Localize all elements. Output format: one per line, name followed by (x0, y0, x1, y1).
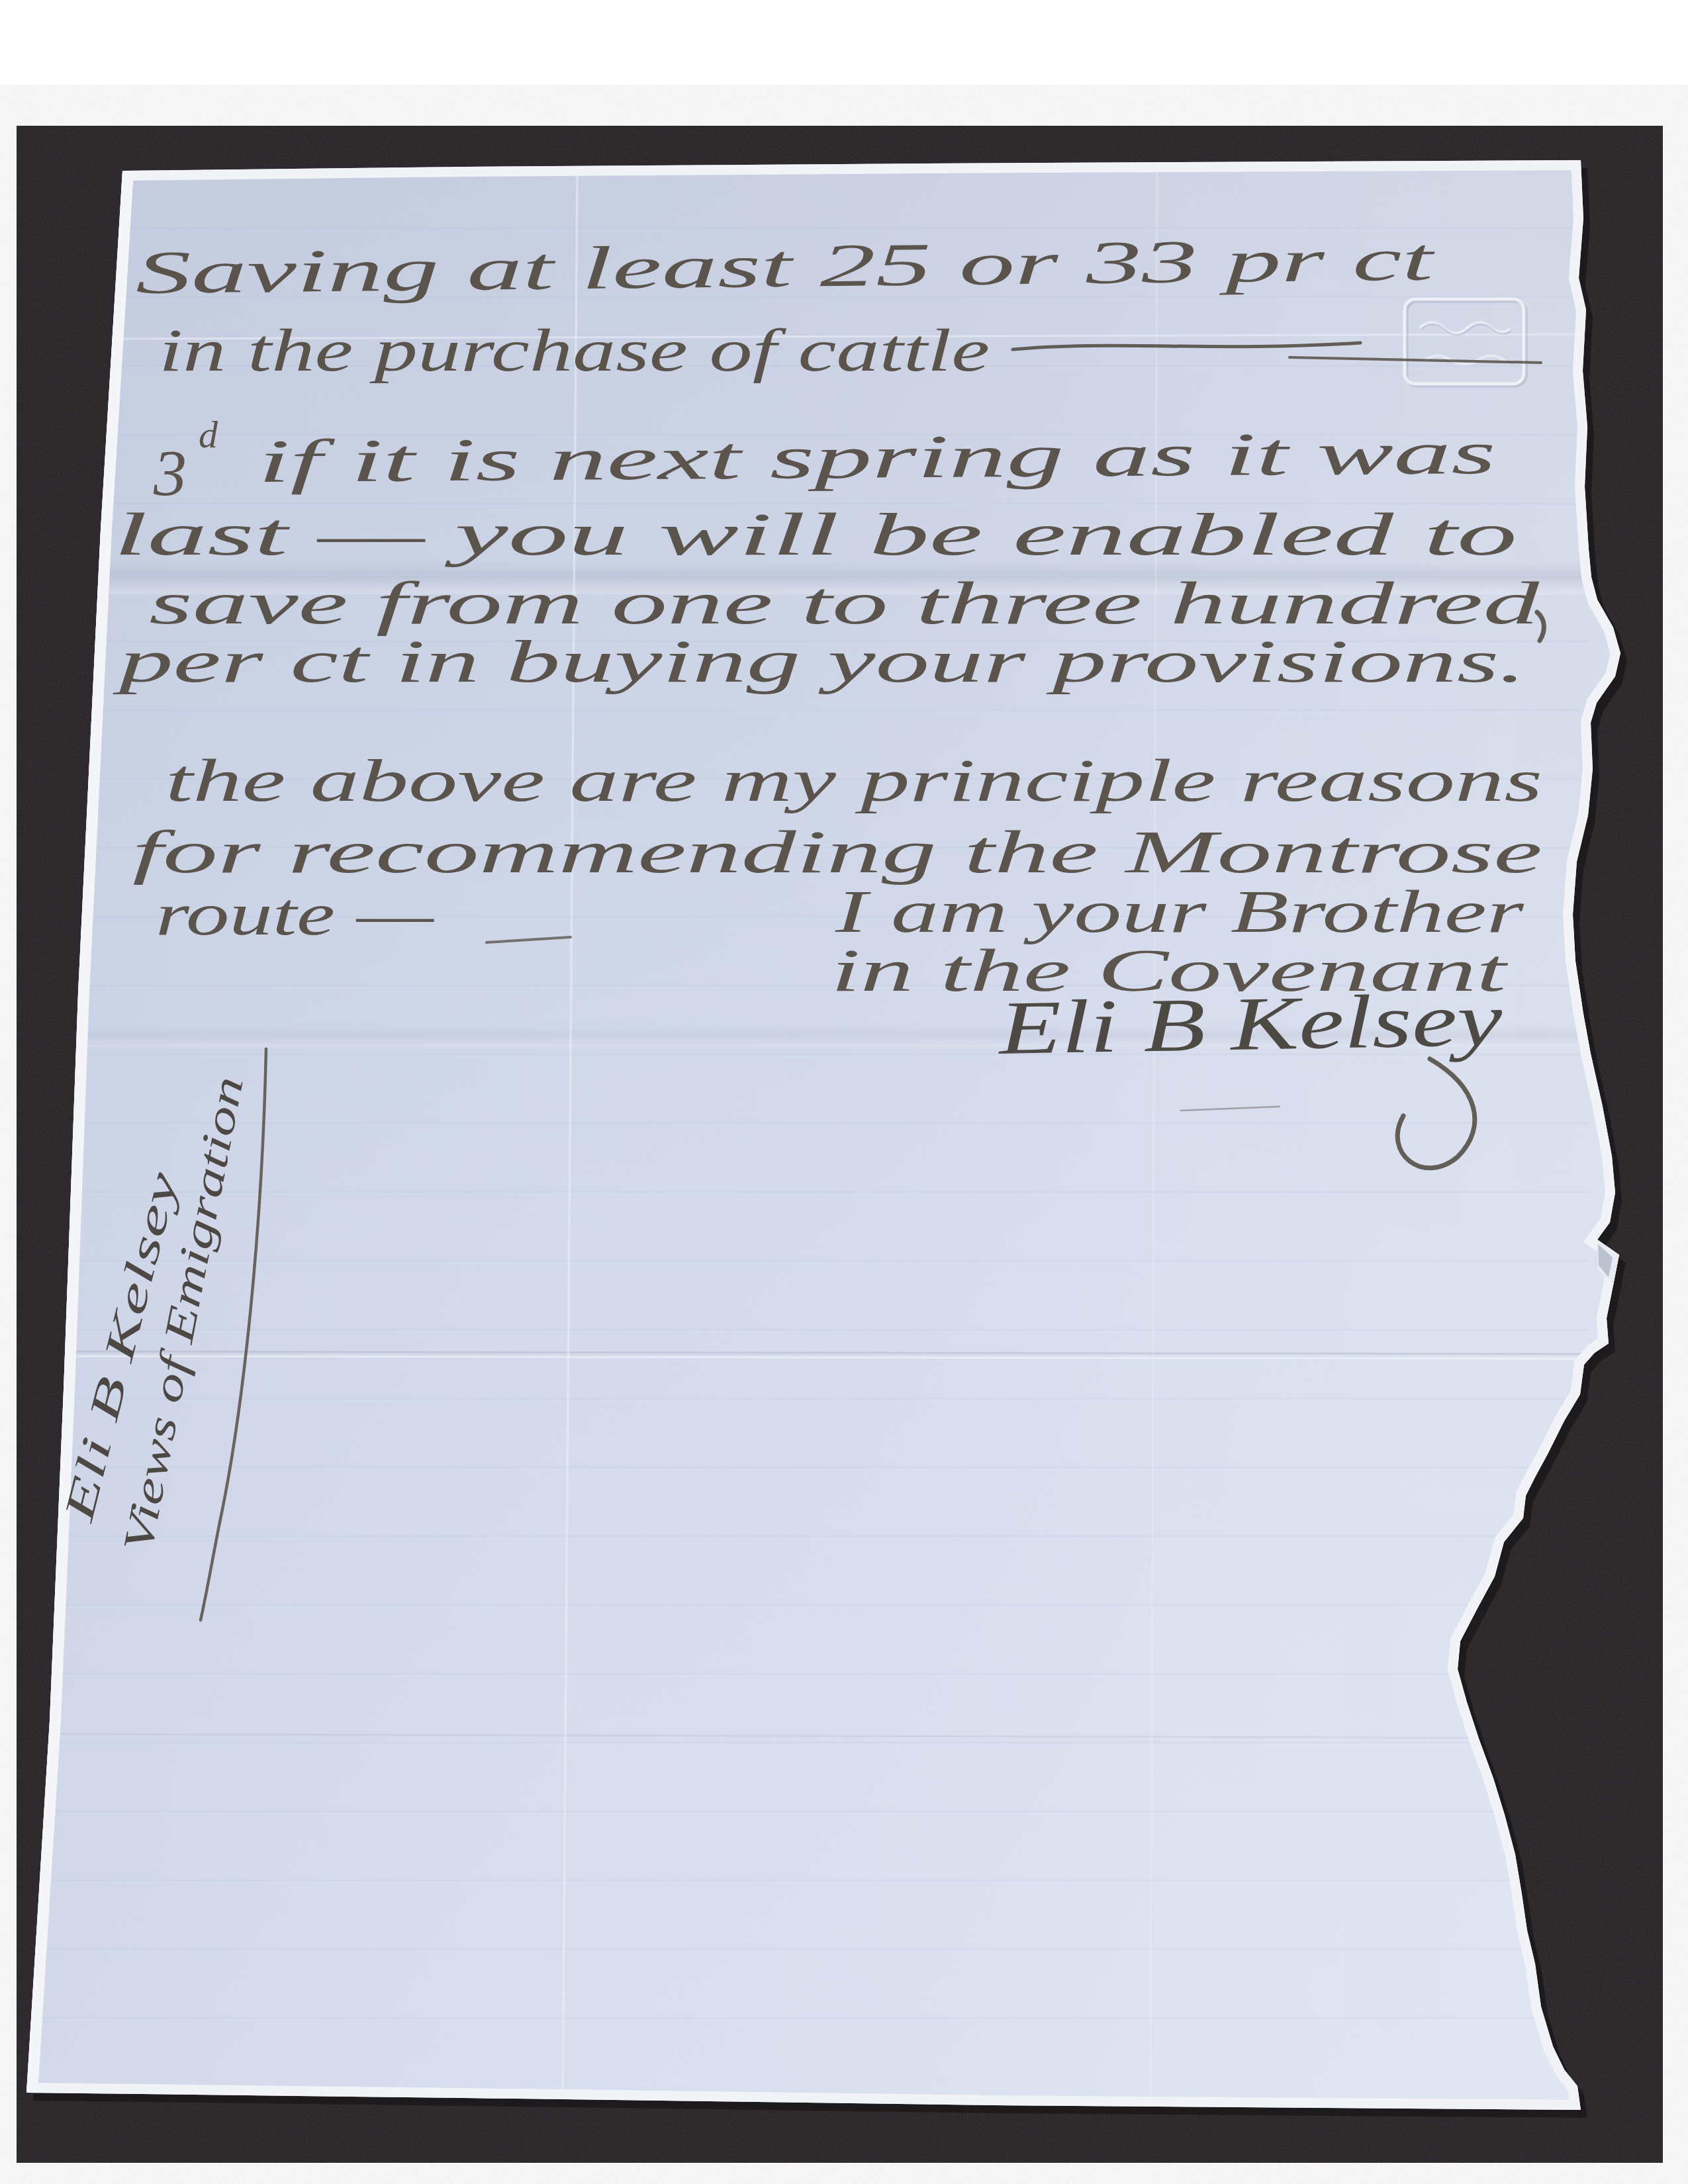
signature: Eli B Kelsey (997, 978, 1504, 1070)
letter-line-7: the above are my principle reasons (165, 747, 1542, 814)
letter-scan-svg: Saving at least 25 or 33 pr ct in the pu… (0, 0, 1688, 2184)
paragraph-marker-superscript: d (199, 413, 218, 456)
letter-line-9-left: route — (156, 880, 435, 948)
letter-line-4: last — you will be enabled to (114, 500, 1517, 568)
letter-line-6: per ct in buying your provisions. (112, 627, 1526, 695)
letter-line-9-right: I am your Brother (834, 878, 1524, 945)
paragraph-marker: 3 (153, 436, 187, 510)
letter-line-3: if it is next spring as it was (258, 419, 1496, 495)
letter-line-1: Saving at least 25 or 33 pr ct (135, 225, 1436, 306)
letter-line-5: save from one to three hundred (149, 569, 1540, 637)
letter-line-2: in the purchase of cattle (159, 316, 990, 384)
scanned-letter-page: Saving at least 25 or 33 pr ct in the pu… (0, 0, 1688, 2184)
letter-line-8: for recommending the Montrose (132, 818, 1542, 886)
